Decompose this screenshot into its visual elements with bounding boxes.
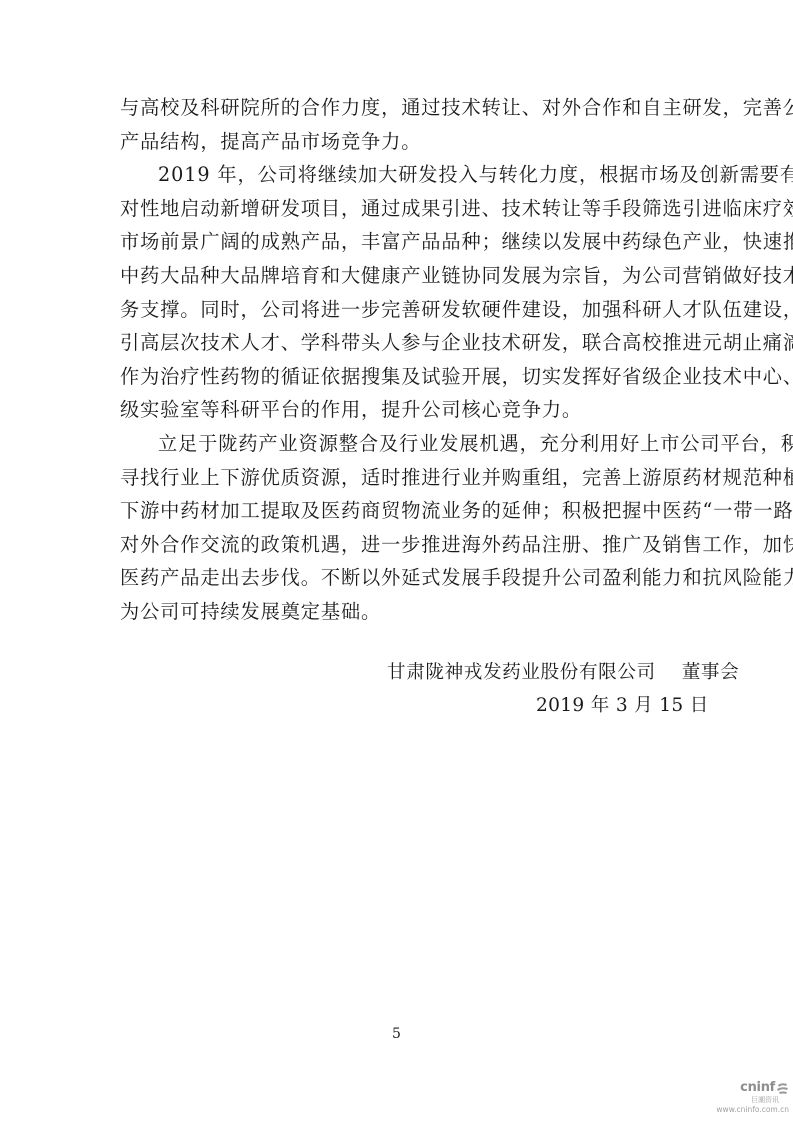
cninfo-logo-icon xyxy=(776,1082,789,1094)
text-line: 中药大品种大品牌培育和大健康产业链协同发展为宗旨，为公司营销做好技术服 xyxy=(120,259,676,293)
page-number: 5 xyxy=(392,1025,401,1043)
text-line: 务支撑。同时，公司将进一步完善研发软硬件建设，加强科研人才队伍建设，吸 xyxy=(120,293,676,327)
text-line: 与高校及科研院所的合作力度，通过技术转让、对外合作和自主研发，完善公司 xyxy=(120,91,676,125)
document-page: 与高校及科研院所的合作力度，通过技术转让、对外合作和自主研发，完善公司 产品结构… xyxy=(0,0,793,1122)
text-line: 产品结构，提高产品市场竞争力。 xyxy=(120,125,676,159)
text-line: 医药产品走出去步伐。不断以外延式发展手段提升公司盈利能力和抗风险能力， xyxy=(120,561,676,595)
body-text: 与高校及科研院所的合作力度，通过技术转让、对外合作和自主研发，完善公司 产品结构… xyxy=(120,91,676,629)
watermark-url: www.cninfo.com.cn xyxy=(716,1105,789,1114)
text-line: 引高层次技术人才、学科带头人参与企业技术研发，联合高校推进元胡止痛滴丸 xyxy=(120,326,676,360)
text-line: 2019 年，公司将继续加大研发投入与转化力度，根据市场及创新需要有针 xyxy=(120,158,676,192)
text-line: 下游中药材加工提取及医药商贸物流业务的延伸；积极把握中医药“一带一路” xyxy=(120,494,676,528)
signature-board: 董事会 xyxy=(682,662,740,683)
text-line: 立足于陇药产业资源整合及行业发展机遇，充分利用好上市公司平台，积极 xyxy=(120,427,676,461)
paragraph-continuation: 与高校及科研院所的合作力度，通过技术转让、对外合作和自主研发，完善公司 产品结构… xyxy=(120,91,676,158)
paragraph-rd-plan: 2019 年，公司将继续加大研发投入与转化力度，根据市场及创新需要有针 对性地启… xyxy=(120,158,676,427)
signature-company: 甘肃陇神戎发药业股份有限公司 xyxy=(387,662,656,683)
paragraph-expansion: 立足于陇药产业资源整合及行业发展机遇，充分利用好上市公司平台，积极 寻找行业上下… xyxy=(120,427,676,629)
text-line: 作为治疗性药物的循证依据搜集及试验开展，切实发挥好省级企业技术中心、省 xyxy=(120,360,676,394)
text-line: 寻找行业上下游优质资源，适时推进行业并购重组，完善上游原药材规范种植和 xyxy=(120,461,676,495)
watermark-subtitle: 巨潮资讯 xyxy=(751,1096,779,1104)
signature: 甘肃陇神戎发药业股份有限公司董事会 xyxy=(387,660,739,686)
cninfo-watermark: cninf 巨潮资讯 www.cninfo.com.cn xyxy=(708,1080,793,1122)
text-line: 对外合作交流的政策机遇，进一步推进海外药品注册、推广及销售工作，加快中 xyxy=(120,528,676,562)
text-line: 对性地启动新增研发项目，通过成果引进、技术转让等手段筛选引进临床疗效好、 xyxy=(120,192,676,226)
text-line: 市场前景广阔的成熟产品，丰富产品品种；继续以发展中药绿色产业，快速推进 xyxy=(120,225,676,259)
signature-date: 2019 年 3 月 15 日 xyxy=(536,693,709,719)
text-line: 为公司可持续发展奠定基础。 xyxy=(120,595,676,629)
watermark-brand: cninf xyxy=(740,1081,775,1095)
text-line: 级实验室等科研平台的作用，提升公司核心竞争力。 xyxy=(120,393,676,427)
